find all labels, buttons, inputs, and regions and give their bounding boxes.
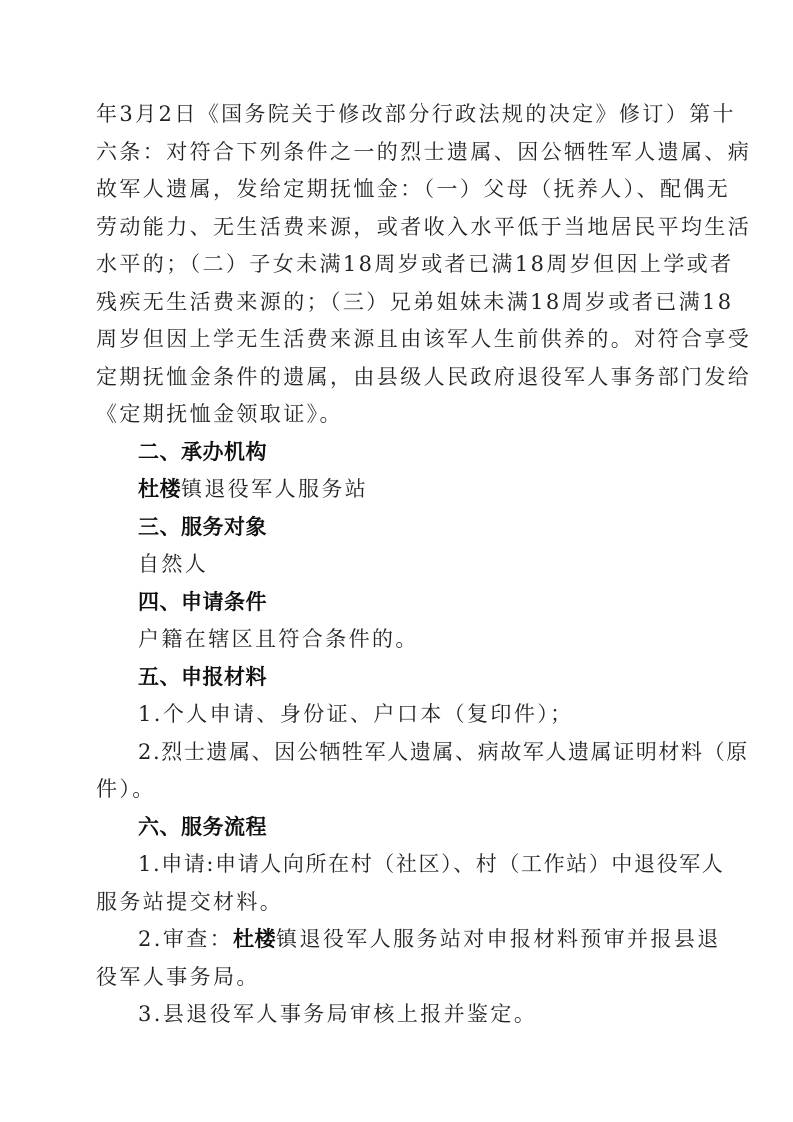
intro-line-1: 年3月2日《国务院关于修改部分行政法规的决定》修订）第十 bbox=[96, 96, 700, 134]
intro-line-8: 定期抚恤金条件的遗属，由县级人民政府退役军人事务部门发给 bbox=[96, 359, 700, 397]
section-heading-process: 六、服务流程 bbox=[96, 809, 700, 847]
process-step-1-line-1: 1.申请:申请人向所在村（社区）、村（工作站）中退役军人 bbox=[96, 846, 700, 884]
intro-line-2: 六条：对符合下列条件之一的烈士遗属、因公牺牲军人遗属、病 bbox=[96, 134, 700, 172]
town-name: 杜楼 bbox=[138, 477, 181, 501]
intro-line-3: 故军人遗属，发给定期抚恤金：（一）父母（抚养人）、配偶无 bbox=[96, 171, 700, 209]
intro-line-4: 劳动能力、无生活费来源，或者收入水平低于当地居民平均生活 bbox=[96, 209, 700, 247]
section-heading-materials: 五、申报材料 bbox=[96, 659, 700, 697]
intro-line-6: 残疾无生活费来源的；（三）兄弟姐妹未满18周岁或者已满18 bbox=[96, 284, 700, 322]
section-heading-target: 三、服务对象 bbox=[96, 509, 700, 547]
process-step-2-line-1: 2.审查：杜楼镇退役军人服务站对申报材料预审并报县退 bbox=[96, 921, 700, 959]
target-body: 自然人 bbox=[96, 546, 700, 584]
agency-name: 镇退役军人服务站 bbox=[181, 477, 368, 501]
step2-rest: 镇退役军人服务站对申报材料预审并报县退 bbox=[276, 927, 721, 951]
intro-line-9: 《定期抚恤金领取证》。 bbox=[96, 396, 700, 434]
conditions-body: 户籍在辖区且符合条件的。 bbox=[96, 621, 700, 659]
step2-prefix: 2.审查： bbox=[138, 927, 233, 951]
materials-item-1: 1.个人申请、身份证、户口本（复印件）； bbox=[96, 696, 700, 734]
document-page: 年3月2日《国务院关于修改部分行政法规的决定》修订）第十 六条：对符合下列条件之… bbox=[96, 96, 700, 1034]
process-step-1-line-2: 服务站提交材料。 bbox=[96, 884, 700, 922]
agency-body: 杜楼镇退役军人服务站 bbox=[96, 471, 700, 509]
materials-item-2-line-2: 件）。 bbox=[96, 771, 700, 809]
intro-line-5: 水平的；（二）子女未满18周岁或者已满18周岁但因上学或者 bbox=[96, 246, 700, 284]
materials-item-2-line-1: 2.烈士遗属、因公牺牲军人遗属、病故军人遗属证明材料（原 bbox=[96, 734, 700, 772]
process-step-3: 3.县退役军人事务局审核上报并鉴定。 bbox=[96, 996, 700, 1034]
process-step-2-line-2: 役军人事务局。 bbox=[96, 959, 700, 997]
section-heading-agency: 二、承办机构 bbox=[96, 434, 700, 472]
section-heading-conditions: 四、申请条件 bbox=[96, 584, 700, 622]
town-name-step2: 杜楼 bbox=[233, 927, 276, 951]
intro-line-7: 周岁但因上学无生活费来源且由该军人生前供养的。对符合享受 bbox=[96, 321, 700, 359]
